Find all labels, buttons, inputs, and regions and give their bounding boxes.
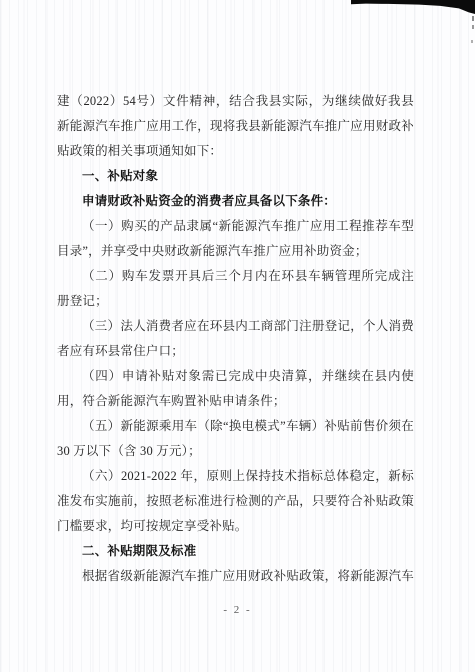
paragraph-line: （六）2021-2022 年，原则上保持技术指标总体稳定，新标	[57, 464, 414, 489]
section-subheading: 申请财政补贴资金的消费者应具备以下条件：	[57, 189, 414, 214]
document-body: 建（2022）54号）文件精神，结合我县实际，为继续做好我县 新能源汽车推广应用…	[57, 89, 414, 589]
paragraph-line: 贴政策的相关事项通知如下：	[57, 139, 414, 164]
paragraph-line: （五）新能源乘用车（除“换电模式”车辆）补贴前售价须在	[57, 414, 414, 439]
paragraph-line: 者应有环县常住户口；	[57, 339, 414, 364]
paragraph-line: （二）购车发票开具后三个月内在环县车辆管理所完成注	[57, 264, 414, 289]
section-heading: 二、补贴期限及标准	[57, 539, 414, 564]
scan-edge-mark	[472, 25, 474, 29]
paragraph-line: （四）申请补贴对象需已完成中央清算，并继续在县内使	[57, 364, 414, 389]
paragraph-line: 建（2022）54号）文件精神，结合我县实际，为继续做好我县	[57, 89, 414, 114]
section-heading: 一、补贴对象	[57, 164, 414, 189]
scanned-document-page: 建（2022）54号）文件精神，结合我县实际，为继续做好我县 新能源汽车推广应用…	[0, 0, 475, 672]
paragraph-line: 门槛要求，均可按规定享受补贴。	[57, 514, 414, 539]
paragraph-line: 用，符合新能源汽车购置补贴申请条件；	[57, 389, 414, 414]
page-number: - 2 -	[0, 603, 475, 617]
paragraph-line: 目录”，并享受中央财政新能源汽车推广应用补助资金；	[57, 239, 414, 264]
paragraph-line: （一）购买的产品隶属“新能源汽车推广应用工程推荐车型	[57, 214, 414, 239]
scan-edge-mark	[472, 16, 474, 21]
paragraph-line: 准发布实施前，按照老标准进行检测的产品，只要符合补贴政策	[57, 489, 414, 514]
scan-edge-mark	[471, 40, 473, 43]
paragraph-line: 30 万以下（含 30 万元）；	[57, 439, 414, 464]
scan-corner-artifact	[351, 0, 475, 14]
paragraph-line: 册登记；	[57, 289, 414, 314]
paragraph-line: 新能源汽车推广应用工作，现将我县新能源汽车推广应用财政补	[57, 114, 414, 139]
paragraph-line: （三）法人消费者应在环县内工商部门注册登记，个人消费	[57, 314, 414, 339]
paragraph-line: 根据省级新能源汽车推广应用财政补贴政策，将新能源汽车	[57, 564, 414, 589]
